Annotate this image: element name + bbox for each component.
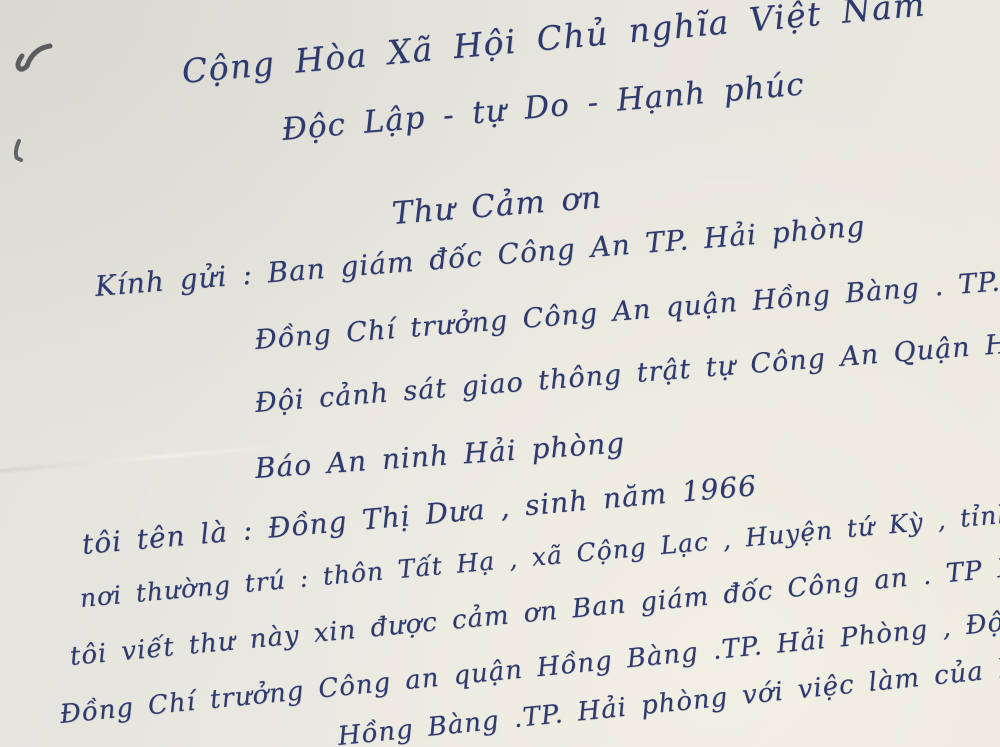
motto-line: Độc Lập - tự Do - Hạnh phúc bbox=[280, 66, 806, 148]
ink-smudge-mark bbox=[9, 138, 27, 164]
national-header-line: Cộng Hòa Xã Hội Chủ nghĩa Việt Nam bbox=[180, 0, 927, 91]
ink-smudge-mark bbox=[12, 38, 54, 82]
recipient-line: Báo An ninh Hải phòng bbox=[254, 426, 626, 485]
paper-crease bbox=[0, 444, 290, 475]
letter-paper: Cộng Hòa Xã Hội Chủ nghĩa Việt Nam Độc L… bbox=[0, 0, 1000, 747]
letter-title: Thư Cảm ơn bbox=[391, 180, 604, 232]
